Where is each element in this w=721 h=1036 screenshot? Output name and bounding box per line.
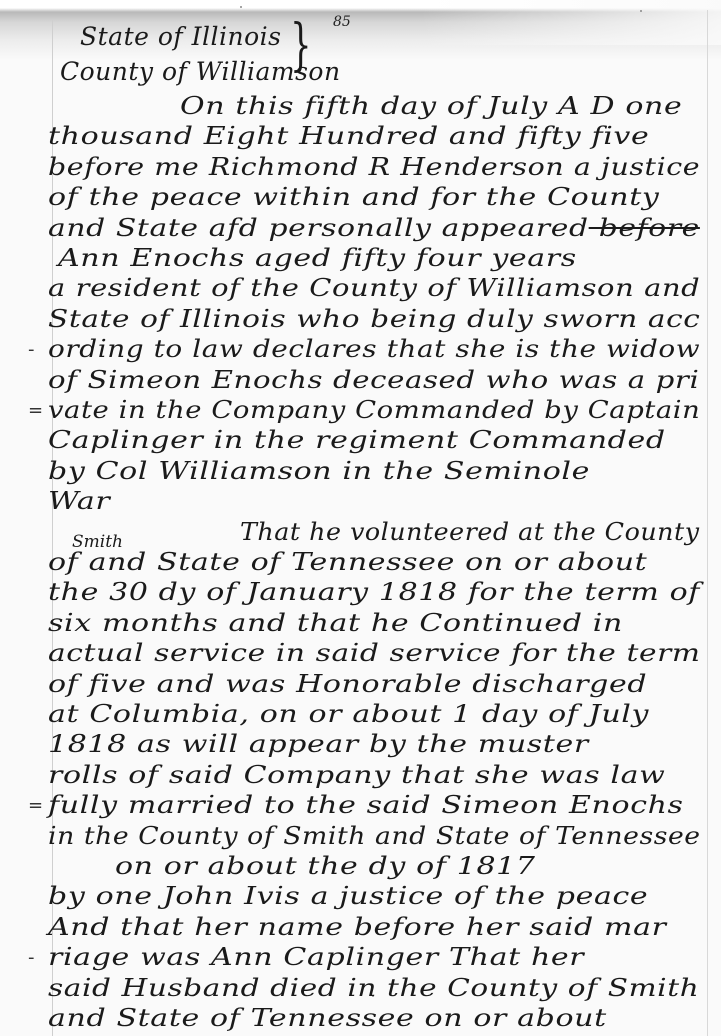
- body-line: and State of Tennessee on or about: [48, 1004, 607, 1032]
- body-line: And that her name before her said mar: [48, 913, 667, 941]
- body-line: at Columbia, on or about 1 day of July: [48, 700, 649, 728]
- body-line: vate in the Company Commanded by Captain: [48, 396, 700, 424]
- body-line: Caplinger in the regiment Commanded: [48, 426, 666, 454]
- hyphen-continuation-mark: -: [28, 947, 35, 968]
- body-line: in the County of Smith and State of Tenn…: [48, 822, 701, 850]
- body-line: six months and that he Continued in: [48, 609, 623, 637]
- struck-word: before: [589, 214, 700, 242]
- scanned-document-page: State of Illinois County of Williamson }…: [0, 0, 721, 1036]
- body-line: by one John Ivis a justice of the peace: [48, 882, 648, 910]
- body-line: a resident of the County of Williamson a…: [48, 274, 700, 302]
- caption-brace: }: [290, 18, 311, 74]
- body-line: thousand Eight Hundred and fifty five: [48, 122, 649, 150]
- body-line: War: [48, 487, 110, 515]
- body-line: and State afd personally appeared before: [48, 214, 700, 242]
- hyphen-continuation-mark: -: [28, 339, 35, 360]
- body-line: On this fifth day of July A D one: [180, 92, 682, 120]
- body-line: of the peace within and for the County: [48, 183, 659, 211]
- caption-state: State of Illinois: [80, 22, 281, 51]
- body-line: the 30 dy of January 1818 for the term o…: [48, 578, 700, 606]
- scan-shadow-fade: [421, 0, 721, 45]
- body-line: by Col Williamson in the Seminole: [48, 457, 590, 485]
- right-edge-rule: [707, 10, 708, 1036]
- body-line: before me Richmond R Henderson a justice: [48, 153, 700, 181]
- folio-number: 85: [333, 14, 351, 30]
- body-line: said Husband died in the County of Smith: [48, 974, 699, 1002]
- body-line: of five and was Honorable discharged: [48, 670, 647, 698]
- hyphen-continuation-mark: =: [28, 795, 43, 816]
- body-line: fully married to the said Simeon Enochs: [48, 791, 684, 819]
- body-line: on or about the dy of 1817: [115, 852, 536, 880]
- body-line: riage was Ann Caplinger That her: [48, 943, 584, 971]
- body-line: actual service in said service for the t…: [48, 639, 701, 667]
- body-line: rolls of said Company that she was law: [48, 761, 665, 789]
- body-line: of Simeon Enochs deceased who was a pri: [48, 366, 699, 394]
- body-line: 1818 as will appear by the muster: [48, 730, 589, 758]
- body-line: ording to law declares that she is the w…: [48, 335, 700, 363]
- body-line: Ann Enochs aged fifty four years: [58, 244, 577, 272]
- body-line: State of Illinois who being duly sworn a…: [48, 305, 700, 333]
- hyphen-continuation-mark: =: [28, 400, 43, 421]
- body-line: of and State of Tennessee on or about: [48, 548, 647, 576]
- body-line: That he volunteered at the County: [240, 518, 700, 546]
